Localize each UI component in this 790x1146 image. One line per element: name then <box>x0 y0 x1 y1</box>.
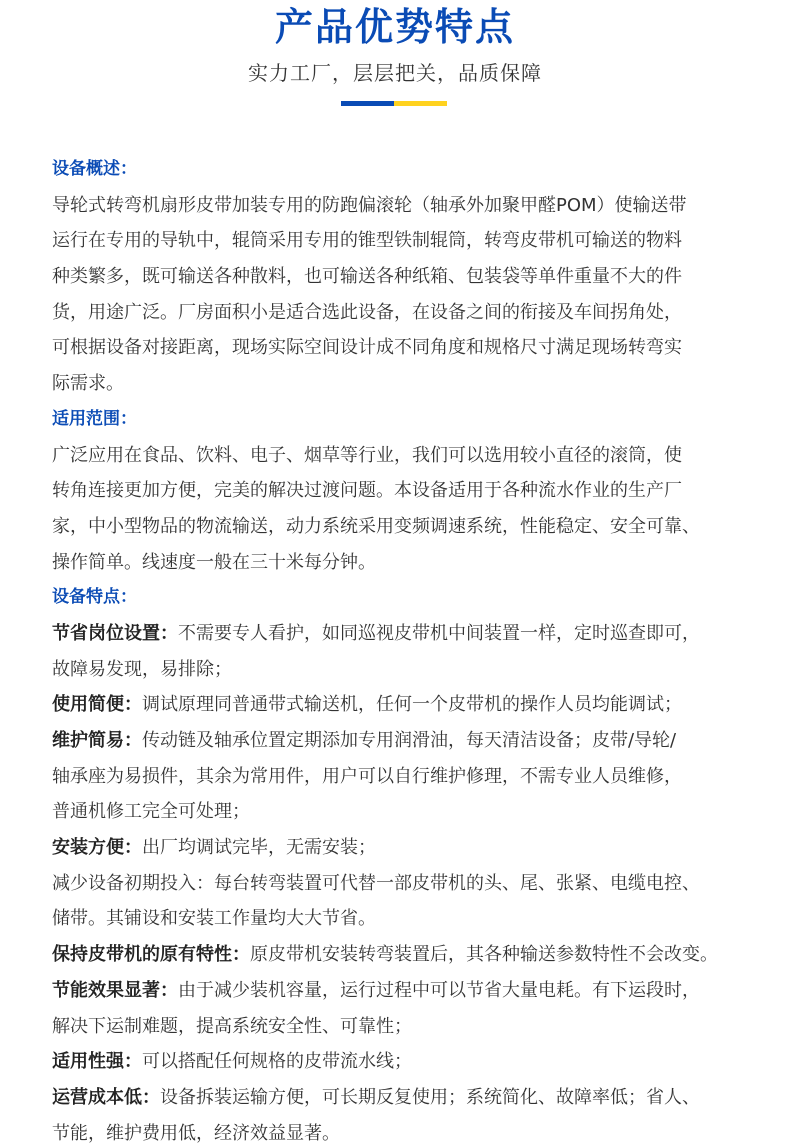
feature-label: 保持皮带机的原有特性： <box>52 944 250 965</box>
feature-continuation: 解决下运制难题，提高系统安全性、可靠性； <box>52 1009 782 1045</box>
feature-text: 原皮带机安装转弯装置后，其各种输送参数特性不会改变。 <box>250 944 718 965</box>
overview-line: 际需求。 <box>52 366 782 402</box>
feature-item: 节省岗位设置：不需要专人看护，如同巡视皮带机中间装置一样，定时巡查即可， <box>52 616 782 652</box>
feature-label: 节省岗位设置： <box>52 623 178 644</box>
feature-label: 节能效果显著： <box>52 980 178 1001</box>
feature-item: 维护简易：传动链及轴承位置定期添加专用润滑油，每天清洁设备；皮带/导轮/ <box>52 723 782 759</box>
feature-text: 可以搭配任何规格的皮带流水线； <box>142 1051 412 1072</box>
feature-text: 传动链及轴承位置定期添加专用润滑油，每天清洁设备；皮带/导轮/ <box>142 730 676 751</box>
scope-line: 操作简单。线速度一般在三十米每分钟。 <box>52 545 782 581</box>
feature-label: 运营成本低： <box>52 1087 160 1108</box>
feature-text: 不需要专人看护，如同巡视皮带机中间装置一样，定时巡查即可， <box>178 623 700 644</box>
overview-line: 可根据设备对接距离，现场实际空间设计成不同角度和规格尺寸满足现场转弯实 <box>52 330 782 366</box>
content-body: 设备概述： 导轮式转弯机扇形皮带加装专用的防跑偏滚轮（轴承外加聚甲醛POM）使输… <box>52 152 782 1146</box>
feature-item: 使用简便：调试原理同普通带式输送机，任何一个皮带机的操作人员均能调试； <box>52 687 782 723</box>
feature-text: 调试原理同普通带式输送机，任何一个皮带机的操作人员均能调试； <box>142 694 682 715</box>
scope-line: 广泛应用在食品、饮料、电子、烟草等行业，我们可以选用较小直径的滚筒，使 <box>52 438 782 474</box>
feature-label: 安装方便： <box>52 837 142 858</box>
feature-continuation: 储带。其铺设和安装工作量均大大节省。 <box>52 901 782 937</box>
divider-blue-segment <box>341 101 394 106</box>
feature-item: 保持皮带机的原有特性：原皮带机安装转弯装置后，其各种输送参数特性不会改变。 <box>52 937 782 973</box>
page-title: 产品优势特点 <box>0 2 790 52</box>
decorative-divider-bar <box>341 101 447 106</box>
section-heading-overview: 设备概述： <box>52 152 782 188</box>
feature-item: 运营成本低：设备拆装运输方便，可长期反复使用；系统简化、故障率低；省人、 <box>52 1080 782 1116</box>
overview-line: 种类繁多，既可输送各种散料，也可输送各种纸箱、包装袋等单件重量不大的件 <box>52 259 782 295</box>
divider-yellow-segment <box>394 101 447 106</box>
overview-line: 货，用途广泛。厂房面积小是适合选此设备，在设备之间的衔接及车间拐角处， <box>52 295 782 331</box>
section-heading-scope: 适用范围： <box>52 402 782 438</box>
scope-line: 转角连接更加方便，完美的解决过渡问题。本设备适用于各种流水作业的生产厂 <box>52 473 782 509</box>
section-heading-features: 设备特点： <box>52 580 782 616</box>
overview-line: 运行在专用的导轨中，辊筒采用专用的锥型铁制辊筒，转弯皮带机可输送的物料 <box>52 223 782 259</box>
feature-item: 减少设备初期投入：每台转弯装置可代替一部皮带机的头、尾、张紧、电缆电控、 <box>52 866 782 902</box>
feature-item: 节能效果显著：由于减少装机容量，运行过程中可以节省大量电耗。有下运段时， <box>52 973 782 1009</box>
feature-text: 设备拆装运输方便，可长期反复使用；系统简化、故障率低；省人、 <box>160 1087 700 1108</box>
feature-continuation: 故障易发现，易排除； <box>52 652 782 688</box>
feature-text: 出厂均调试完毕，无需安装； <box>142 837 376 858</box>
feature-continuation: 节能，维护费用低，经济效益显著。 <box>52 1116 782 1146</box>
feature-continuation: 轴承座为易损件，其余为常用件，用户可以自行维护修理，不需专业人员维修， <box>52 759 782 795</box>
overview-line: 导轮式转弯机扇形皮带加装专用的防跑偏滚轮（轴承外加聚甲醛POM）使输送带 <box>52 188 782 224</box>
feature-label: 适用性强： <box>52 1051 142 1072</box>
scope-line: 家，中小型物品的物流输送，动力系统采用变频调速系统，性能稳定、安全可靠、 <box>52 509 782 545</box>
feature-label: 使用简便： <box>52 694 142 715</box>
feature-item: 适用性强：可以搭配任何规格的皮带流水线； <box>52 1044 782 1080</box>
feature-item: 安装方便：出厂均调试完毕，无需安装； <box>52 830 782 866</box>
page-subtitle: 实力工厂，层层把关，品质保障 <box>0 58 790 88</box>
feature-text: 减少设备初期投入：每台转弯装置可代替一部皮带机的头、尾、张紧、电缆电控、 <box>52 873 700 894</box>
feature-continuation: 普通机修工完全可处理； <box>52 794 782 830</box>
feature-text: 由于减少装机容量，运行过程中可以节省大量电耗。有下运段时， <box>178 980 700 1001</box>
feature-label: 维护简易： <box>52 730 142 751</box>
